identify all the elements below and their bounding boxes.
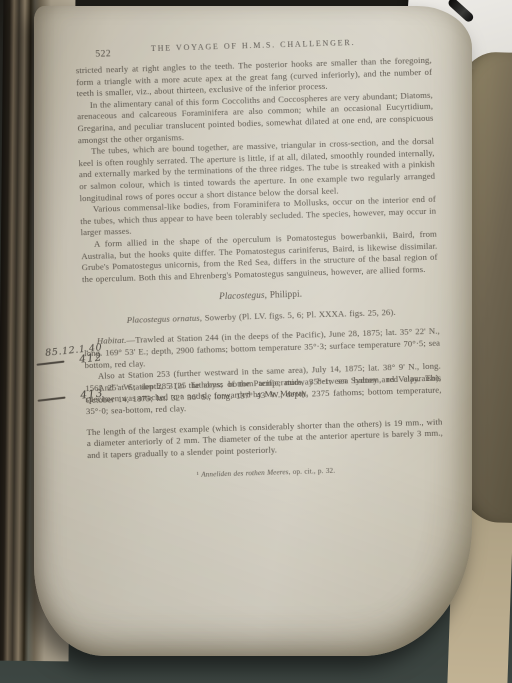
genus-author: , Philippi. [264,289,302,300]
book-page: 522 THE VOYAGE OF H.M.S. CHALLENGER. str… [34,6,472,656]
handwritten-dash [38,397,66,402]
species-citation-line: Placostegus ornatus, Sowerby (Pl. LV. fi… [83,305,439,327]
species-citation-rest: , Sowerby (Pl. LV. figs. 5, 6; Pl. XXXA.… [200,307,396,323]
body-paragraph: The tubes, which are bound together, are… [78,136,436,205]
printed-text-block: 522 THE VOYAGE OF H.M.S. CHALLENGER. str… [34,0,486,485]
body-paragraph: A form allied in the shape of the opercu… [81,229,438,286]
genus-name: Placostegus [219,290,265,301]
footnote-title: Anneliden des rothen Meeres, [201,468,290,479]
handwritten-dash [36,361,64,366]
book-photo-scene: 522 THE VOYAGE OF H.M.S. CHALLENGER. str… [0,0,512,683]
species-name: Placostegus ornatus [127,313,200,325]
footnote-rest: op. cit., p. 32. [290,466,335,475]
genus-heading: Placostegus, Philippi. [83,285,439,307]
footnote: ¹ Anneliden des rothen Meeres, op. cit.,… [88,462,444,484]
length-paragraph: The length of the largest example (which… [86,416,443,461]
running-title: THE VOYAGE OF H.M.S. CHALLENGER. [75,35,431,57]
